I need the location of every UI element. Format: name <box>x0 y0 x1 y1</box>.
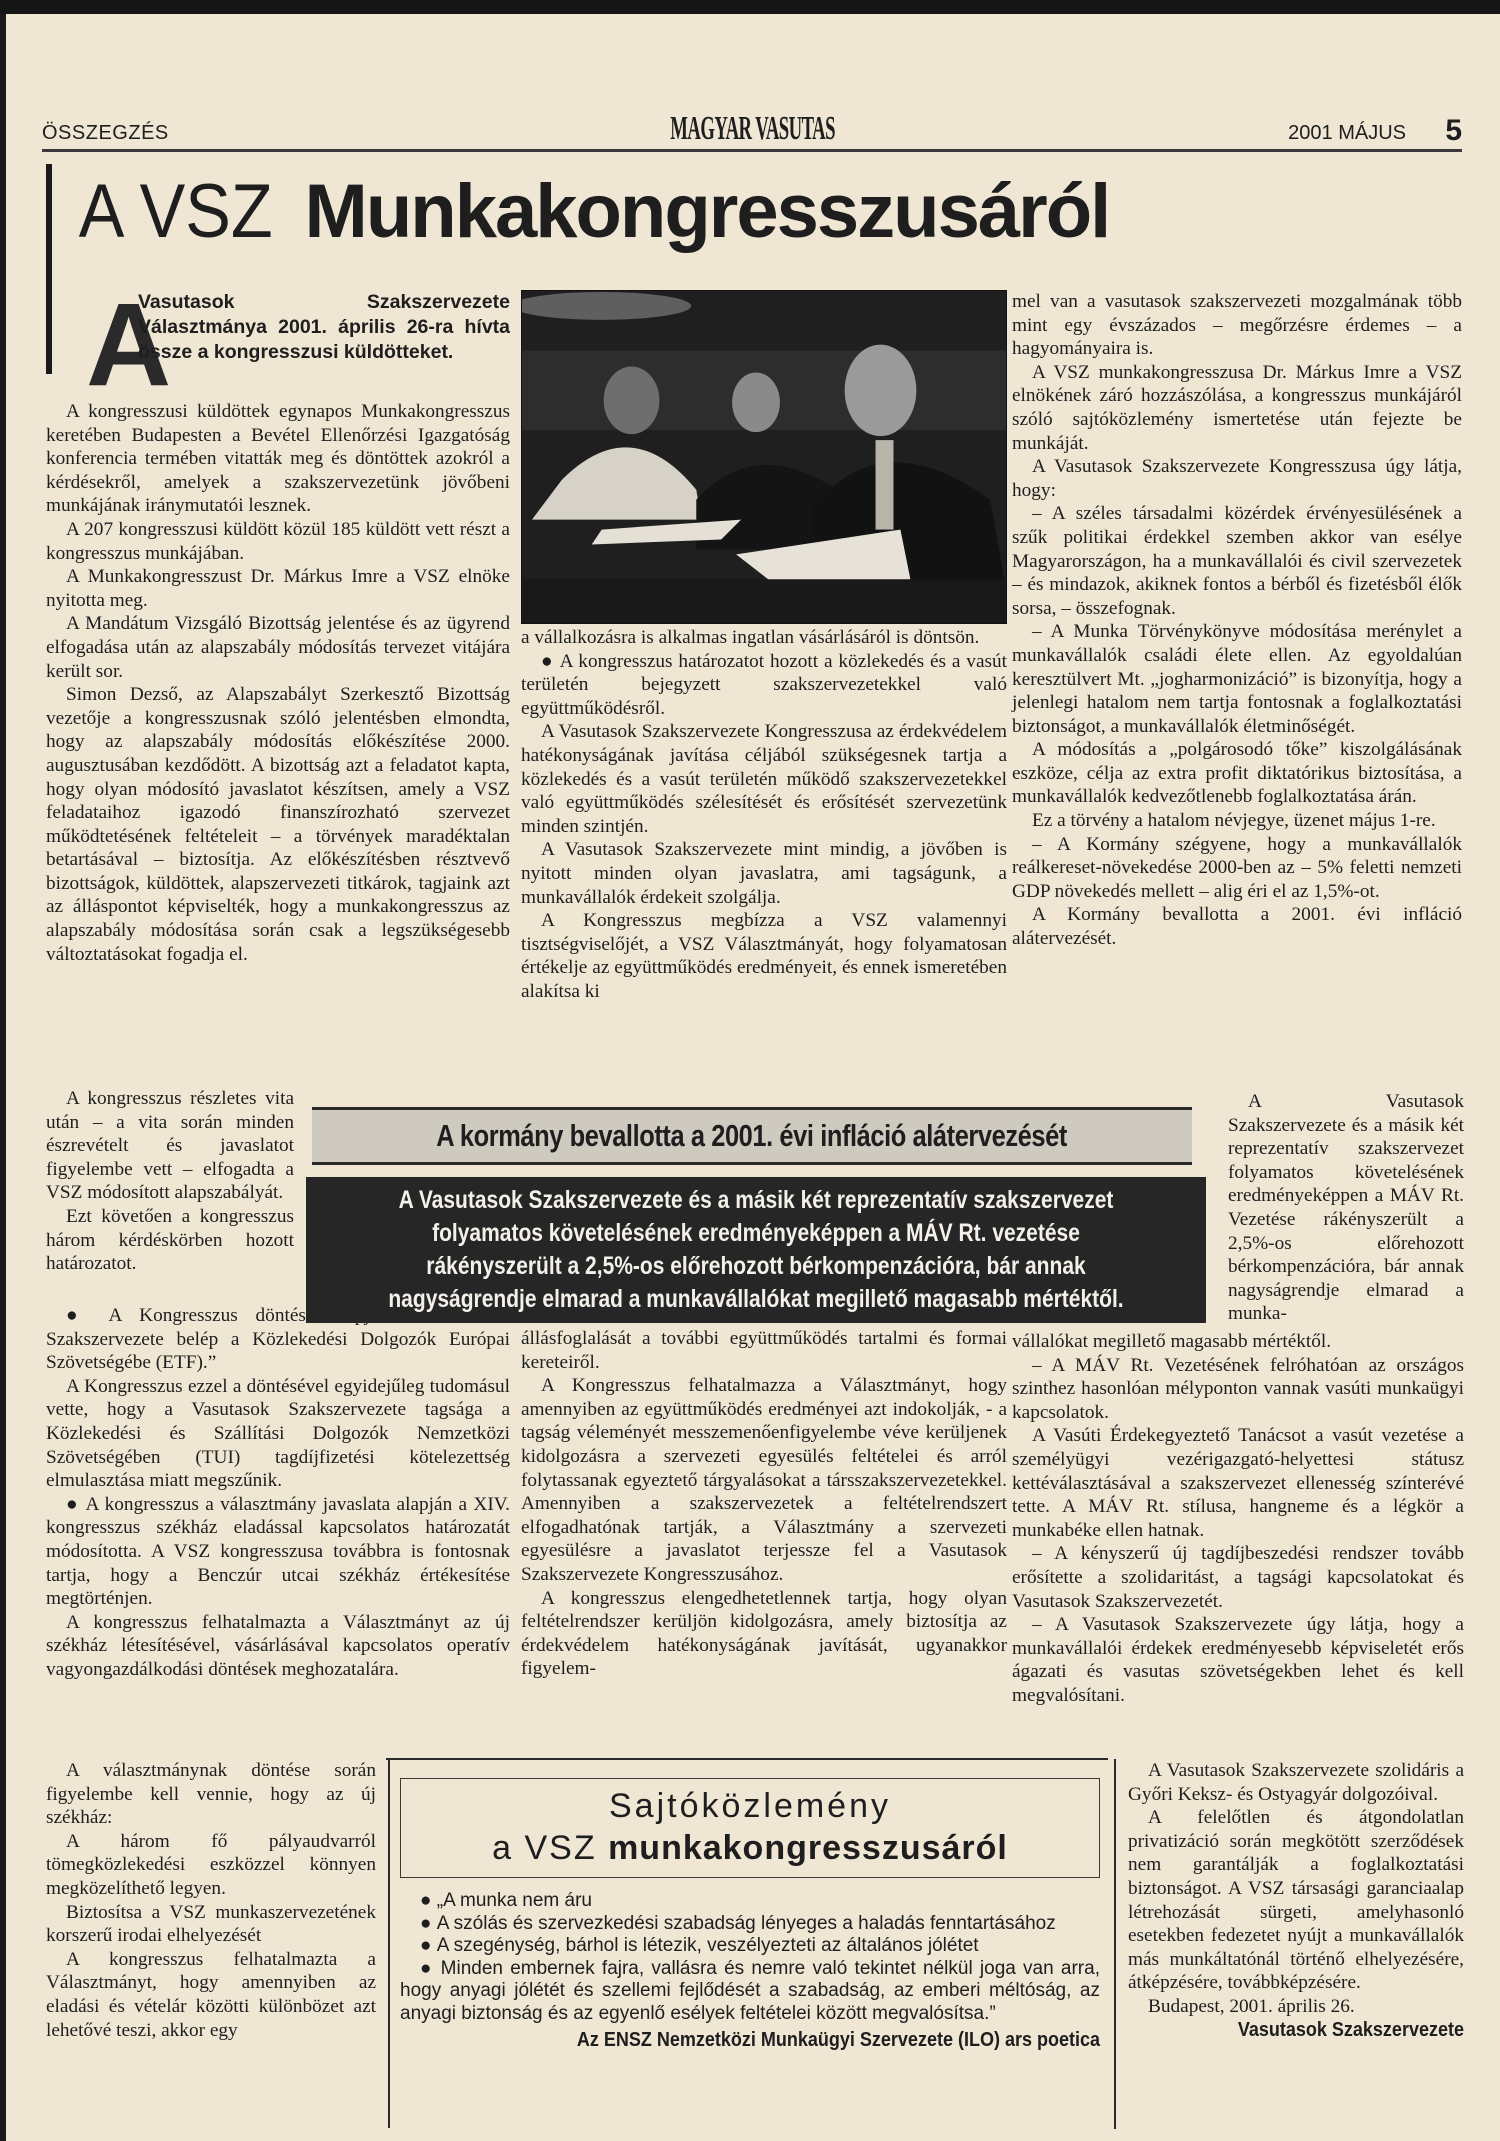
paragraph: A Vasutasok Szakszervezete Kongresszusa … <box>1012 455 1462 502</box>
callout-line: folyamatos követelésének eredményeképpen… <box>378 1217 1134 1250</box>
paragraph: – A széles társadalmi közérdek érvényesü… <box>1012 502 1462 620</box>
press-item: Minden embernek fajra, vallásra és nemre… <box>400 1958 1100 2026</box>
paragraph: A Kormány bevallotta a 2001. évi infláci… <box>1012 903 1462 950</box>
paragraph: A Munkakongresszust Dr. Márkus Imre a VS… <box>46 565 510 612</box>
bullet-paragraph: A kongresszus határozatot hozott a közle… <box>521 650 1007 721</box>
callout-line: nagyságrendje elmarad a munkavállalókat … <box>378 1283 1134 1316</box>
paragraph: A Kongresszus ezzel a döntésével egyidej… <box>46 1375 510 1493</box>
column-3-end: A Vasutasok Szakszervezete szolidáris a … <box>1128 1759 1464 2042</box>
column-3-bottom: vállalókat megillető magasabb mértéktől.… <box>1012 1330 1464 1708</box>
callout-box: A Vasutasok Szakszervezete és a másik ké… <box>306 1177 1206 1323</box>
paragraph: – A Munka Törvénykönyve módosítása merén… <box>1012 620 1462 738</box>
press-release-title: Sajtóközlemény a VSZ munkakongresszusáró… <box>400 1778 1100 1878</box>
headline-accent-bar <box>46 164 52 374</box>
column-1-end: A választmánynak döntése során figyelemb… <box>46 1759 376 2042</box>
headline-light: A VSZ <box>79 174 273 250</box>
press-box-top-rule <box>386 1758 1108 1760</box>
paragraph: A kongresszus részletes vita után – a vi… <box>46 1087 294 1205</box>
paragraph: – A MÁV Rt. Vezetésének felróhatóan az o… <box>1012 1354 1464 1425</box>
paragraph: Ez a törvény a hatalom névjegye, üzenet … <box>1012 809 1462 833</box>
scan-top-edge <box>0 0 1500 14</box>
paragraph: Biztosítsa a VSZ munkaszervezetének kors… <box>46 1901 376 1948</box>
column-1-bottom: A Kongresszus döntése alapján a Vasutaso… <box>46 1304 510 1682</box>
press-title-line2: a VSZ munkakongresszusáról <box>401 1827 1099 1869</box>
paragraph: A Vasutasok Szakszervezete és a másik ké… <box>1228 1090 1464 1326</box>
paragraph: A Vasutasok Szakszervezete szolidáris a … <box>1128 1759 1464 1806</box>
callout-banner: A kormány bevallotta a 2001. évi infláci… <box>312 1107 1192 1165</box>
column-1-top: A kongresszusi küldöttek egynapos Munkak… <box>46 400 510 966</box>
press-title-light: a VSZ <box>492 1829 596 1867</box>
paragraph: A Mandátum Vizsgáló Bizottság jelentése … <box>46 612 510 683</box>
page-header: ÖSSZEGZÉS MAGYAR VASUTAS 2001 MÁJUS 5 <box>42 114 1462 152</box>
press-release-box: Sajtóközlemény a VSZ munkakongresszusáró… <box>400 1778 1100 2052</box>
paragraph: A kongresszus elengedhetetlennek tartja,… <box>521 1587 1007 1681</box>
paragraph: A kongresszus felhatalmazta a Választmán… <box>46 1948 376 2042</box>
paragraph: Ezt követően a kongresszus három kérdésk… <box>46 1205 294 1276</box>
press-box-right-rule <box>1114 1759 1116 2129</box>
column-3-narrow: A Vasutasok Szakszervezete és a másik ké… <box>1228 1090 1464 1326</box>
press-release-list: „A munka nem áru A szólás és szervezkedé… <box>400 1890 1100 2025</box>
bullet-paragraph: A kongresszus a választmány javaslata al… <box>46 1493 510 1611</box>
newspaper-page: ÖSSZEGZÉS MAGYAR VASUTAS 2001 MÁJUS 5 A … <box>6 14 1500 2141</box>
paragraph: A Kongresszus felhatalmazza a Választmán… <box>521 1374 1007 1586</box>
paragraph: A kongresszus felhatalmazta a Választmán… <box>46 1611 510 1682</box>
press-title-line1: Sajtóközlemény <box>401 1785 1099 1827</box>
issue-date: 2001 MÁJUS <box>1288 122 1406 145</box>
column-2-top: a vállalkozásra is alkalmas ingatlan vás… <box>521 626 1007 1004</box>
paragraph: Simon Dezső, az Alapszabályt Szerkesztő … <box>46 683 510 966</box>
photo-image <box>522 291 1006 623</box>
paragraph: A módosítás a „polgárosodó tőke” kiszolg… <box>1012 738 1462 809</box>
section-label: ÖSSZEGZÉS <box>42 122 169 145</box>
paragraph: – A kényszerű új tagdíjbeszedési rendsze… <box>1012 1542 1464 1613</box>
paragraph: – A Vasutasok Szakszervezete úgy látja, … <box>1012 1613 1464 1707</box>
paragraph: A felelőtlen és átgondolatlan privatizác… <box>1128 1806 1464 1995</box>
paragraph: A kongresszusi küldöttek egynapos Munkak… <box>46 400 510 518</box>
press-item: A szegénység, bárhol is létezik, veszély… <box>400 1935 1100 1958</box>
press-release-source: Az ENSZ Nemzetközi Munkaügyi Szervezete … <box>470 2029 1100 2052</box>
press-box-left-rule <box>388 1758 390 2128</box>
header-rule <box>42 149 1462 152</box>
publication-logo: MAGYAR VASUTAS <box>667 110 838 148</box>
paragraph: A választmánynak döntése során figyelemb… <box>46 1759 376 1830</box>
paragraph: a vállalkozásra is alkalmas ingatlan vás… <box>521 626 1007 650</box>
paragraph: A Vasutasok Szakszervezete mint mindig, … <box>521 838 1007 909</box>
press-title-bold: munkakongresszusáról <box>608 1829 1008 1867</box>
paragraph: A VSZ munkakongresszusa Dr. Márkus Imre … <box>1012 361 1462 455</box>
headline-bold: Munkakongresszusáról <box>305 169 1110 254</box>
article-headline: A VSZ Munkakongresszusáról <box>68 174 1109 250</box>
paragraph: A Vasúti Érdekegyeztető Tanácsot a vasút… <box>1012 1424 1464 1542</box>
column-1-narrow: A kongresszus részletes vita után – a vi… <box>46 1087 294 1276</box>
callout-line: A Vasutasok Szakszervezete és a másik ké… <box>378 1184 1134 1217</box>
paragraph: állásfoglalását a további együttműködés … <box>521 1327 1007 1374</box>
paragraph: A Vasutasok Szakszervezete Kongresszusa … <box>521 720 1007 838</box>
column-3-top: mel van a vasutasok szakszervezeti mozga… <box>1012 290 1462 951</box>
signoff-organization: Vasutasok Szakszervezete <box>1162 2019 1464 2043</box>
press-item: „A munka nem áru <box>400 1890 1100 1913</box>
paragraph: mel van a vasutasok szakszervezeti mozga… <box>1012 290 1462 361</box>
press-item: A szólás és szervezkedési szabadság lény… <box>400 1913 1100 1936</box>
paragraph: – A Kormány szégyene, hogy a munkavállal… <box>1012 833 1462 904</box>
callout-line: rákényszerült a 2,5%-os előrehozott bérk… <box>378 1250 1134 1283</box>
lead-text: Vasutasok Szakszervezete Választmánya 20… <box>138 290 510 365</box>
page-number: 5 <box>1445 114 1462 148</box>
congress-photo <box>521 290 1007 624</box>
callout-banner-text: A kormány bevallotta a 2001. évi infláci… <box>437 1110 1068 1162</box>
paragraph: A Kongresszus megbízza a VSZ valamennyi … <box>521 909 1007 1003</box>
signoff-date: Budapest, 2001. április 26. <box>1128 1995 1464 2019</box>
column-2-bottom: állásfoglalását a további együttműködés … <box>521 1327 1007 1681</box>
paragraph: vállalókat megillető magasabb mértéktől. <box>1012 1330 1464 1354</box>
paragraph: A 207 kongresszusi küldött közül 185 kül… <box>46 518 510 565</box>
paragraph: A három fő pályaudvarról tömegközlekedés… <box>46 1830 376 1901</box>
